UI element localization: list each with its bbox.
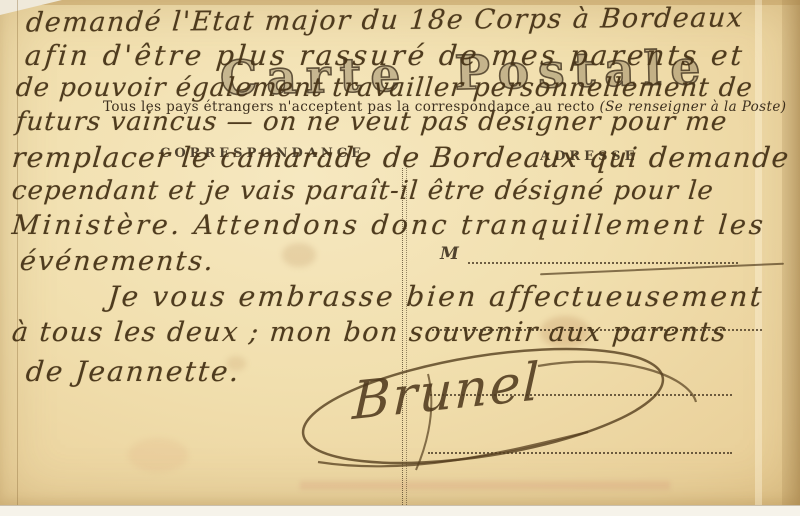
postcard-scan: Carte Postale Tous les pays étrangers n'… xyxy=(0,0,800,516)
paper-stain xyxy=(128,438,188,472)
handwriting-line: remplacer le camarade de Bordeaux qui de… xyxy=(11,141,792,174)
handwriting-line: de pouvoir également travailler personne… xyxy=(15,73,755,103)
handwriting-line: Je vous embrasse bien affectueusement xyxy=(107,280,766,313)
handwriting-line: Ministère. Attendons donc tranquillement… xyxy=(11,210,768,241)
scanner-background xyxy=(0,505,800,516)
handwriting-line: demandé l'Etat major du 18e Corps à Bord… xyxy=(25,2,745,38)
card-right-crease xyxy=(755,0,762,505)
postcard-paper: Carte Postale Tous les pays étrangers n'… xyxy=(0,0,800,505)
address-dotted-line xyxy=(468,262,738,264)
pen-stroke xyxy=(540,263,784,276)
handwriting-line: futurs vaincus — on ne veut pas désigner… xyxy=(15,107,729,137)
handwriting-line: cependant et je vais paraît-il être dési… xyxy=(11,176,715,206)
address-m-prefix: M xyxy=(440,244,459,264)
handwriting-line: événements. xyxy=(19,246,217,277)
paper-stain xyxy=(282,243,316,267)
card-right-edge xyxy=(782,0,800,505)
handwriting-line: afin d'être plus rassuré de mes parents … xyxy=(24,39,747,72)
handwriting-line: de Jeannette. xyxy=(25,355,242,388)
